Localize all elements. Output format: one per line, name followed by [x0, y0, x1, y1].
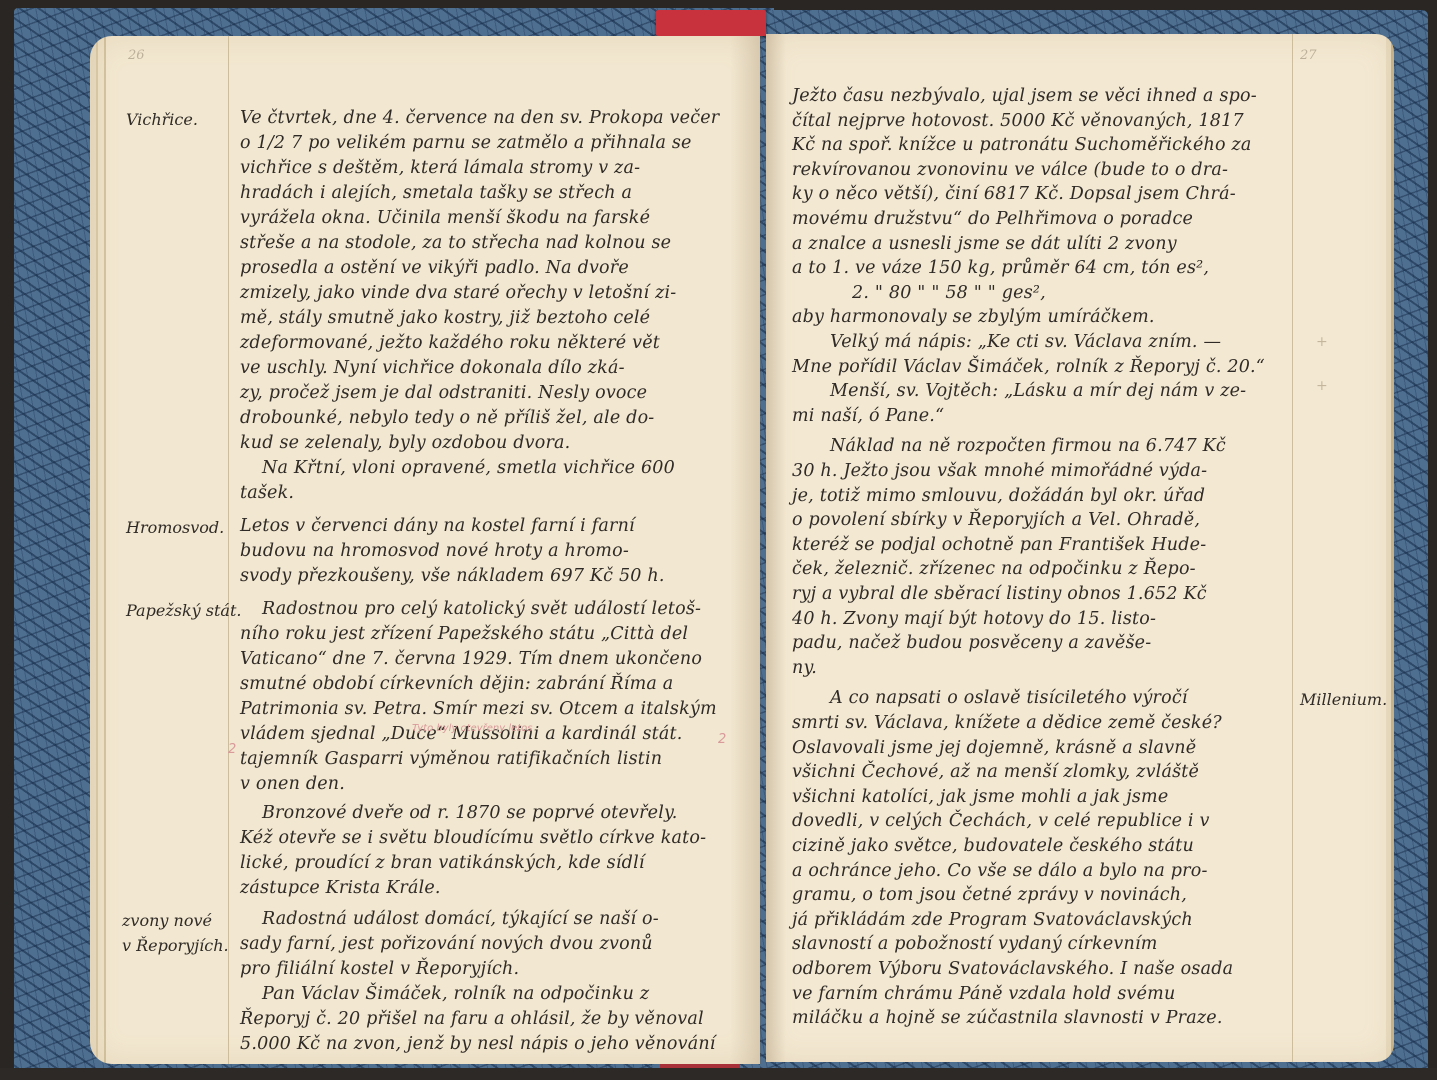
- text-line: zástupce Krista Krále.: [240, 878, 441, 898]
- margin-label-millenium: Millenium.: [1300, 690, 1387, 709]
- text-line: zy, pročež jsem je dal odstraniti. Nesly…: [240, 383, 647, 403]
- left-page-margin-rule: [228, 36, 229, 1064]
- text-line: v onen den.: [240, 774, 345, 794]
- text-line: Bronzové dveře od r. 1870 se poprvé otev…: [262, 803, 678, 823]
- text-line: a to 1. ve váze 150 kg, průměr 64 cm, tó…: [792, 258, 1209, 278]
- text-line: ky o něco větší), činí 6817 Kč. Dopsal j…: [792, 184, 1236, 204]
- text-line: movému družstvu“ do Pelhřimova o poradce: [792, 209, 1193, 229]
- text-line: kud se zelenaly, byly ozdobou dvora.: [240, 433, 570, 453]
- margin-label: Vichřice.: [126, 110, 198, 129]
- text-line: kteréž se podjal ochotně pan František H…: [792, 535, 1206, 555]
- text-line: Náklad na ně rozpočten firmou na 6.747 K…: [830, 436, 1226, 456]
- pencil-annotation: Tyto byly otevřeny letos: [412, 723, 533, 734]
- pencil-cross-mark: +: [1316, 378, 1328, 394]
- text-line: mě, stály smutně jako kostry, již beztoh…: [240, 308, 650, 328]
- text-line: o povolení sbírky v Řeporyjích a Vel. Oh…: [792, 510, 1200, 530]
- text-line: 40 h. Zvony mají být hotovy do 15. listo…: [792, 609, 1156, 629]
- text-line: ního roku jest zřízení Papežského státu …: [240, 624, 688, 644]
- gutter-shadow: [766, 34, 786, 1062]
- text-line: svody přezkoušeny, vše nákladem 697 Kč 5…: [240, 566, 665, 586]
- text-line: Letos v červenci dány na kostel farní i …: [240, 516, 635, 536]
- text-line: Na Křtní, vloni opravené, smetla vichřic…: [262, 458, 675, 478]
- text-line: Menší, sv. Vojtěch: „Lásku a mír dej nám…: [830, 381, 1246, 401]
- text-line: lické, proudící z bran vatikánských, kde…: [240, 853, 645, 873]
- background-surface: [0, 1068, 1437, 1080]
- text-line: hradách i alejích, smetala tašky se stře…: [240, 183, 632, 203]
- text-line: slavností a pobožností vydaný církevním: [792, 934, 1158, 954]
- text-line: tajemník Gasparri výměnou ratifikačních …: [240, 749, 662, 769]
- margin-label: Papežský stát.: [126, 601, 241, 620]
- text-line: Pan Václav Šimáček, rolník na odpočinku …: [262, 984, 649, 1004]
- text-line: všichni katolíci, jak jsme mohli a jak j…: [792, 787, 1168, 807]
- text-line: gramu, o tom jsou četné zprávy v novinác…: [792, 885, 1187, 905]
- text-line: a ochránce jeho. Co vše se dálo a bylo n…: [792, 861, 1208, 881]
- gutter-shadow: [730, 36, 762, 1064]
- text-line: Vaticano“ dne 7. června 1929. Tím dnem u…: [240, 649, 702, 669]
- text-line: budovu na hromosvod nové hroty a hromo-: [240, 541, 629, 561]
- text-line: ryj a vybral dle sběrací listiny obnos 1…: [792, 584, 1207, 604]
- text-line: dovedli, v celých Čechách, v celé republ…: [792, 811, 1210, 831]
- text-line: odborem Výboru Svatováclavského. I naše …: [792, 959, 1233, 979]
- text-line: 2. " 80 " " 58 " " ges²,: [852, 283, 1046, 303]
- text-line: padu, načež budou posvěceny a zavěše-: [792, 633, 1151, 653]
- text-line: Radostnou pro celý katolický svět událos…: [262, 599, 701, 619]
- text-line: vyrážela okna. Učinila menší škodu na fa…: [240, 208, 650, 228]
- text-line: Ve čtvrtek, dne 4. července na den sv. P…: [240, 108, 719, 128]
- right-page-margin-rule: [1292, 34, 1293, 1062]
- text-line: A co napsati o oslavě tisíciletého výroč…: [830, 688, 1188, 708]
- text-line: 30 h. Ježto jsou však mnohé mimořádné vý…: [792, 461, 1207, 481]
- text-line: Radostná událost domácí, týkající se naš…: [262, 909, 659, 929]
- text-line: cizině jako světce, budovatele českého s…: [792, 836, 1194, 856]
- text-line: miláčku a hojně se zúčastnila slavnosti …: [792, 1008, 1223, 1028]
- text-line: Patrimonia sv. Petra. Smír mezi sv. Otce…: [240, 699, 717, 719]
- text-line: střeše a na stodole, za to střecha nad k…: [240, 233, 671, 253]
- text-line: Kéž otevře se i světu bloudícímu světlo …: [240, 828, 706, 848]
- text-line: Řeporyj č. 20 přišel na faru a ohlásil, …: [240, 1009, 704, 1029]
- text-line: Mne pořídil Václav Šimáček, rolník z Řep…: [792, 357, 1265, 377]
- pencil-cross-mark: +: [1316, 334, 1328, 350]
- text-line: Oslavovali jsme jej dojemně, krásně a sl…: [792, 738, 1196, 758]
- text-line: ve uschly. Nyní vichřice dokonala dílo z…: [240, 358, 625, 378]
- text-line: zmizely, jako vinde dva staré ořechy v l…: [240, 283, 676, 303]
- text-line: tašek.: [240, 483, 294, 503]
- text-line: čítal nejprve hotovost. 5000 Kč věnovaný…: [792, 111, 1244, 131]
- text-line: Kč na spoř. knížce u patronátu Suchoměři…: [792, 135, 1252, 155]
- text-line: rekvírovanou zvonovinu ve válce (bude to…: [792, 160, 1228, 180]
- text-line: Velký má nápis: „Ke cti sv. Václava zním…: [830, 332, 1221, 352]
- text-line: všichni Čechové, až na menší zlomky, zvl…: [792, 762, 1199, 782]
- text-line: je, totiž mimo smlouvu, dožádán byl okr.…: [792, 486, 1205, 506]
- page-number-right: 27: [1300, 48, 1317, 63]
- text-line: mi naší, ó Pane.“: [792, 406, 944, 426]
- pencil-mark-left: 2: [228, 742, 236, 757]
- text-line: drobounké, nebylo tedy o ně příliš žel, …: [240, 408, 654, 428]
- text-line: 5.000 Kč na zvon, jenž by nesl nápis o j…: [240, 1034, 716, 1054]
- text-line: pro filiální kostel v Řeporyjích.: [240, 959, 519, 979]
- bookmark-ribbon: [656, 10, 766, 36]
- text-line: zdeformované, ježto každého roku některé…: [240, 333, 660, 353]
- text-line: prosedla a ostění ve vikýři padlo. Na dv…: [240, 258, 629, 278]
- text-line: ček, železnič. zřízenec na odpočinku z Ř…: [792, 559, 1196, 579]
- text-line: a znalce a usnesli jsme se dát ulíti 2 z…: [792, 234, 1177, 254]
- text-line: smrti sv. Václava, knížete a dědice země…: [792, 713, 1222, 733]
- margin-label: Hromosvod.: [126, 518, 224, 537]
- margin-label: zvony nové: [122, 911, 212, 930]
- text-line: ny.: [792, 658, 817, 678]
- text-line: aby harmonovaly se zbylým umíráčkem.: [792, 307, 1155, 327]
- margin-label: v Řeporyjích.: [122, 936, 229, 955]
- text-line: já přikládám zde Program Svatováclavskýc…: [792, 910, 1193, 930]
- text-line: smutné období církevních dějin: zabrání …: [240, 674, 673, 694]
- pencil-mark-right: 2: [718, 732, 726, 747]
- text-line: ve farním chrámu Páně vzdala hold svému: [792, 984, 1175, 1004]
- text-line: sady farní, jest pořizování nových dvou …: [240, 934, 653, 954]
- text-line: vichřice s deštěm, která lámala stromy v…: [240, 158, 640, 178]
- text-line: o 1/2 7 po velikém parnu se zatmělo a př…: [240, 133, 692, 153]
- text-line: Ježto času nezbývalo, ujal jsem se věci …: [792, 86, 1257, 106]
- page-number-left: 26: [128, 48, 145, 63]
